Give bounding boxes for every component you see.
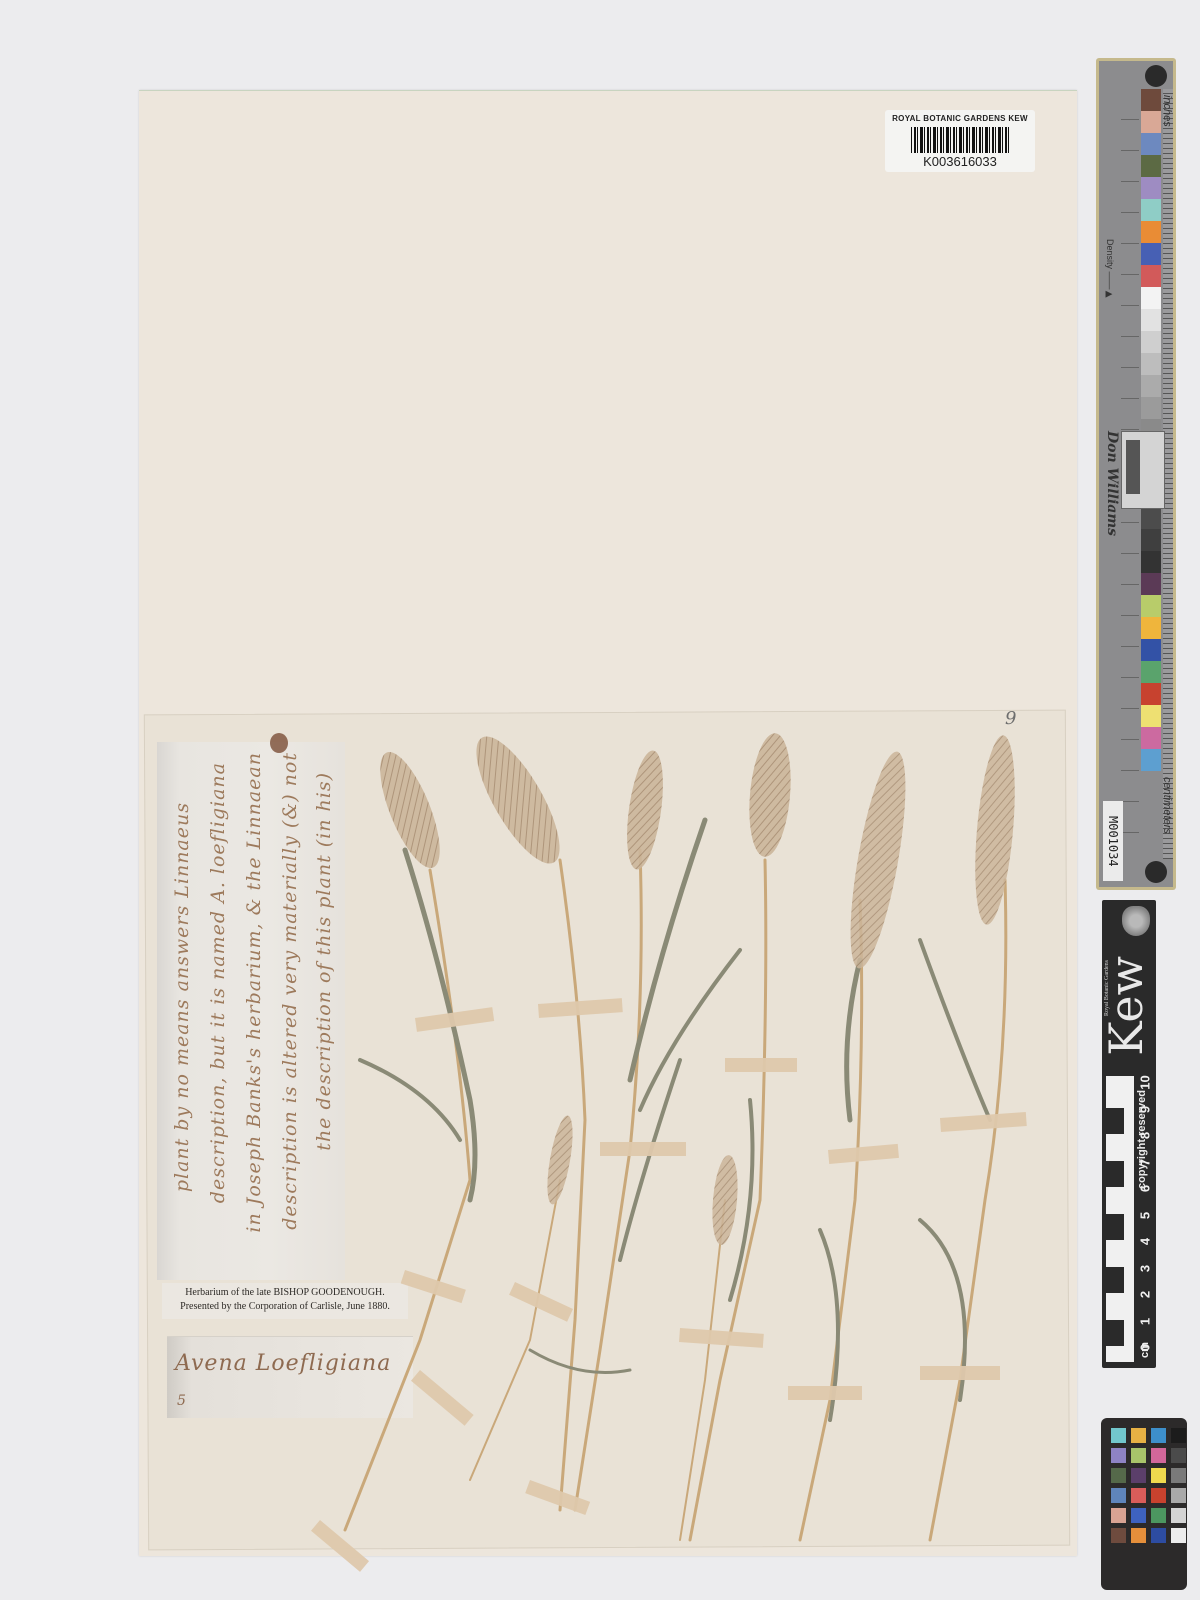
color-swatch xyxy=(1141,111,1161,133)
cm-number: 2 xyxy=(1138,1286,1153,1304)
kew-logo: Kew xyxy=(1104,956,1148,1056)
color-chip xyxy=(1131,1468,1146,1483)
note-line: description, but it is named A. loefligi… xyxy=(207,762,229,1203)
species-name: Avena Loefligiana xyxy=(175,1351,391,1376)
color-swatch xyxy=(1141,595,1161,617)
ruler-color-swatches xyxy=(1141,89,1161,771)
determination-mark: 5 xyxy=(177,1393,186,1409)
color-chip xyxy=(1171,1468,1186,1483)
color-calibration-ruler: inches centimeters Density ——▶ Don Willi… xyxy=(1096,58,1176,890)
color-chip xyxy=(1131,1528,1146,1543)
color-swatch xyxy=(1141,375,1161,397)
color-swatch xyxy=(1141,397,1161,419)
color-swatch xyxy=(1141,309,1161,331)
barcode-icon xyxy=(911,127,1009,153)
color-chip xyxy=(1131,1428,1146,1443)
cm-unit-label: cm xyxy=(1139,1341,1151,1359)
note-line: description is altered very materially (… xyxy=(279,752,301,1230)
cm-number: 8 xyxy=(1138,1127,1153,1145)
color-swatch xyxy=(1141,89,1161,111)
color-chip xyxy=(1151,1508,1166,1523)
color-swatch xyxy=(1141,155,1161,177)
cm-number: 7 xyxy=(1138,1153,1153,1171)
note-line: the description of this plant (in his) xyxy=(313,772,335,1151)
ruler-hole-icon xyxy=(1145,65,1167,87)
cm-block xyxy=(1106,1108,1124,1135)
color-chip xyxy=(1171,1528,1186,1543)
kew-scale-bar: Kew Royal Botanic Gardens copyright rese… xyxy=(1102,900,1156,1368)
color-checker xyxy=(1101,1418,1187,1590)
barcode-number: K003616033 xyxy=(885,154,1035,169)
color-swatch xyxy=(1141,265,1161,287)
ruler-brand: Don Williams xyxy=(1104,431,1120,536)
color-chip xyxy=(1111,1528,1126,1543)
cm-block xyxy=(1106,1214,1124,1241)
color-chip xyxy=(1111,1448,1126,1463)
cm-number: 1 xyxy=(1138,1312,1153,1330)
color-chip xyxy=(1131,1448,1146,1463)
color-chip xyxy=(1131,1488,1146,1503)
cm-block xyxy=(1106,1161,1124,1188)
cm-number: 3 xyxy=(1138,1259,1153,1277)
color-swatch xyxy=(1141,133,1161,155)
ink-blot xyxy=(270,733,288,753)
color-chip xyxy=(1171,1508,1186,1523)
printed-label-line-1: Herbarium of the late BISHOP GOODENOUGH. xyxy=(162,1286,408,1300)
color-swatch xyxy=(1141,639,1161,661)
barcode-label: ROYAL BOTANIC GARDENS KEW K003616033 xyxy=(885,110,1035,172)
color-chip xyxy=(1111,1428,1126,1443)
color-chip xyxy=(1111,1488,1126,1503)
cm-numbers: 012345678910 xyxy=(1136,1076,1154,1366)
density-label: Density ——▶ xyxy=(1105,239,1115,300)
color-swatch xyxy=(1141,243,1161,265)
color-swatch xyxy=(1141,199,1161,221)
color-chip xyxy=(1171,1488,1186,1503)
determination-slip: Avena Loefligiana 5 xyxy=(167,1336,413,1418)
color-swatch xyxy=(1141,177,1161,199)
color-swatch xyxy=(1141,727,1161,749)
cm-scale xyxy=(1106,1076,1134,1362)
printed-herbarium-label: Herbarium of the late BISHOP GOODENOUGH.… xyxy=(162,1283,408,1319)
cm-number: 5 xyxy=(1138,1206,1153,1224)
color-chip xyxy=(1111,1508,1126,1523)
sheet-number: 9 xyxy=(1005,708,1016,729)
color-chip xyxy=(1151,1468,1166,1483)
kew-subtitle: Royal Botanic Gardens xyxy=(1104,960,1110,1016)
grey-target xyxy=(1121,431,1165,509)
color-swatch xyxy=(1141,507,1161,529)
ruler-hole-icon xyxy=(1145,861,1167,883)
color-chip xyxy=(1111,1468,1126,1483)
color-swatch xyxy=(1141,683,1161,705)
cm-number: 9 xyxy=(1138,1100,1153,1118)
institution-name: ROYAL BOTANIC GARDENS KEW xyxy=(885,114,1035,123)
color-swatch xyxy=(1141,617,1161,639)
color-swatch xyxy=(1141,551,1161,573)
color-swatch xyxy=(1141,573,1161,595)
note-line: in Joseph Banks's herbarium, & the Linna… xyxy=(243,752,265,1233)
cm-block xyxy=(1106,1267,1124,1294)
color-swatch xyxy=(1141,661,1161,683)
color-chip xyxy=(1151,1448,1166,1463)
color-swatch xyxy=(1141,749,1161,771)
kew-crest-icon xyxy=(1122,906,1150,936)
color-chip xyxy=(1151,1488,1166,1503)
cm-number: 10 xyxy=(1138,1074,1153,1092)
inches-label: inches xyxy=(1161,95,1173,127)
color-swatch xyxy=(1141,331,1161,353)
cm-number: 4 xyxy=(1138,1233,1153,1251)
color-swatch xyxy=(1141,353,1161,375)
color-swatch xyxy=(1141,529,1161,551)
color-swatch xyxy=(1141,221,1161,243)
note-line: plant by no means answers Linnaeus xyxy=(171,802,193,1192)
color-swatch xyxy=(1141,705,1161,727)
centimeters-label: centimeters xyxy=(1161,777,1173,834)
color-chip xyxy=(1151,1428,1166,1443)
ruler-code: M001034 xyxy=(1103,801,1123,881)
color-swatch xyxy=(1141,287,1161,309)
cm-block xyxy=(1106,1320,1124,1347)
color-checker-grid xyxy=(1111,1428,1186,1543)
cm-number: 6 xyxy=(1138,1180,1153,1198)
color-chip xyxy=(1171,1428,1186,1443)
color-chip xyxy=(1131,1508,1146,1523)
color-chip xyxy=(1171,1448,1186,1463)
color-chip xyxy=(1151,1528,1166,1543)
printed-label-line-2: Presented by the Corporation of Carlisle… xyxy=(162,1300,408,1314)
handwritten-note: plant by no means answers Linnaeus descr… xyxy=(157,742,345,1280)
